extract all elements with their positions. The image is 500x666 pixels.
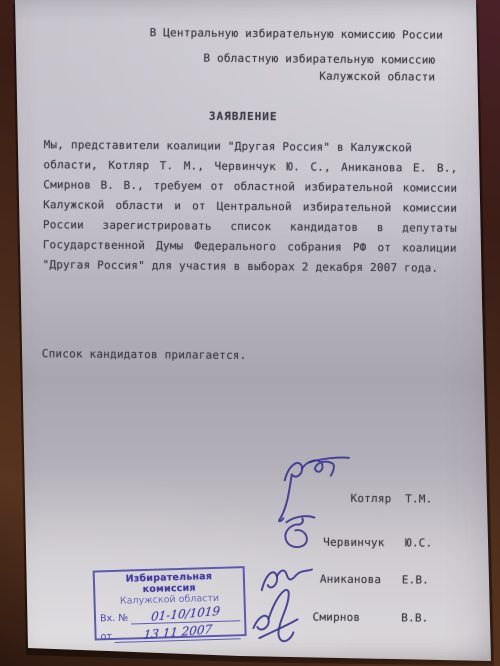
signature-name-anikanova: Аниканова Е.В. <box>320 573 429 587</box>
signature-name-chervinchuk: Червинчук Ю.С. <box>323 536 432 550</box>
photo-of-document: { "photo": { "desk_color": "#3a1f16", "p… <box>0 0 500 666</box>
stamp-incoming-number-row: Вх. № 01-10/1019 <box>100 606 240 625</box>
registration-stamp: Избирательная комиссия Калужской области… <box>93 566 247 640</box>
stamp-date-label: от <box>100 631 112 643</box>
signature-ink-smirnov <box>245 584 312 647</box>
body-paragraph: Мы, представители коалиции "Другая Росси… <box>42 138 457 282</box>
addressee-block: В Центральную избирательную комиссию Рос… <box>149 26 435 83</box>
signature-name-smirnov: Смирнов В.В. <box>312 611 428 625</box>
attachment-note: Список кандидатов прилагается. <box>42 347 247 362</box>
document-content: В Центральную избирательную комиссию Рос… <box>0 0 500 666</box>
addressee-line-2: В областную избирательную комиссию <box>149 51 435 66</box>
addressee-line-3: Калужской области <box>149 68 435 83</box>
document-title: ЗАЯВЛЕНИЕ <box>209 110 278 124</box>
stamp-incoming-number-field: 01-10/1019 <box>131 606 240 624</box>
stamp-incoming-number-label: Вх. № <box>100 613 128 626</box>
signature-name-kotlyar: Котляр Т.М. <box>351 492 433 506</box>
stamp-date-field: 13 11 2007 <box>115 624 241 643</box>
signature-ink-chervinchuk <box>280 508 318 552</box>
stamp-incoming-number-value: 01-10/1019 <box>150 605 220 623</box>
body-line: "Другая Россия" для участия в выборах 2 … <box>42 258 456 282</box>
addressee-line-1: В Центральную избирательную комиссию Рос… <box>150 26 436 41</box>
document-paper: В Центральную избирательную комиссию Рос… <box>0 0 500 666</box>
stamp-date-value: 13 11 2007 <box>143 623 213 641</box>
stamp-date-row: от 13 11 2007 <box>100 624 240 643</box>
